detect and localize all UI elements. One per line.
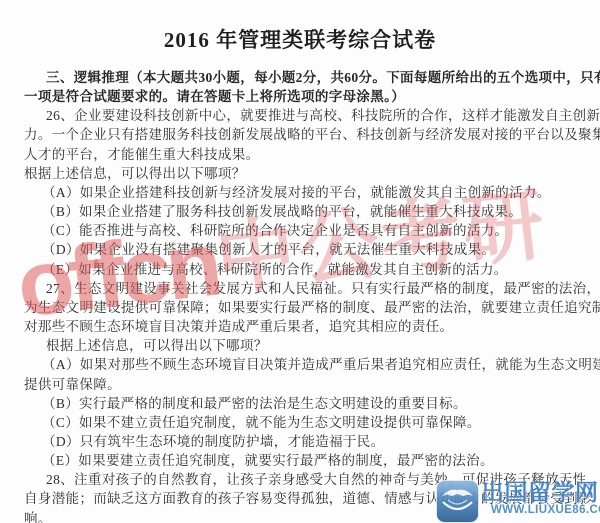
question-26-option-d: （D）如果企业没有搭建聚集创新人才的平台，就无法催生重大科技成果。	[24, 240, 584, 259]
question-26-option-e: （E）如果企业推进与高校、科研院所的合作，就能激发其自主创新的活力。	[24, 260, 584, 279]
page-title: 2016 年管理类联考综合试卷	[0, 24, 600, 54]
question-27-option-c: （C）如果不建立责任追究制度，就不能为生态文明建设提供可靠保障。	[24, 413, 584, 432]
question-26-option-b: （B）如果企业搭建了服务科技创新发展战略的平台，就能催生重大科技成果。	[24, 202, 584, 221]
exam-body: 三、逻辑推理（本大题共30小题，每小题2分，共60分。下面每题所给出的五个选项中…	[24, 68, 584, 523]
question-27-option-d: （D）只有筑牢生态环境的制度防护墙，才能造福于民。	[24, 432, 584, 451]
question-27-stem-line-3: 对那些不顾生态环境盲目决策并造成严重后果者，追究其相应的责任。	[24, 317, 584, 336]
question-26-option-c: （C）能否推进与高校、科研院所的合作决定企业是否具有自主创新的活力。	[24, 221, 584, 240]
question-27-option-a-line-1: （A）如果对那些不顾生态环境盲目决策并造成严重后果者追究相应责任，就能为生态文明…	[24, 355, 584, 374]
question-26-stem-line-3: 人才的平台，才能催生重大科技成果。	[24, 145, 584, 164]
section-header-line-2: 一项是符合试题要求的。请在答题卡上将所选项的字母涂黑。）	[24, 87, 584, 106]
question-27-option-a-line-2: 提供可靠保障。	[24, 375, 584, 394]
question-28-stem-line-3: 响。	[24, 509, 584, 523]
question-27-prompt: 根据上述信息，可以得出以下哪项？	[24, 336, 584, 355]
question-27-stem-line-2: 为生态文明建设提供可靠保障；如果要实行最严格的制度、最严密的法治，就要建立责任追…	[24, 298, 584, 317]
question-27-option-b: （B）实行最严格的制度和最严密的法治是生态文明建设的重要目标。	[24, 394, 584, 413]
exam-paper-page: 2016 年管理类联考综合试卷 三、逻辑推理（本大题共30小题，每小题2分，共6…	[0, 0, 600, 523]
question-27-stem-line-1: 27、生态文明建设事关社会发展方式和人民福祉。只有实行最严格的制度，最严密的法治…	[24, 279, 584, 298]
question-27-option-e: （E）如果要建立责任追究制度，就要实行最严格的制度，最严密的法治。	[24, 451, 584, 470]
question-26-prompt: 根据上述信息，可以得出以下哪项？	[24, 164, 584, 183]
question-26-stem-line-2: 力。一个企业只有搭建服务科技创新发展战略的平台、科技创新与经济发展对接的平台以及…	[24, 125, 584, 144]
section-header-line-1: 三、逻辑推理（本大题共30小题，每小题2分，共60分。下面每题所给出的五个选项中…	[24, 68, 584, 87]
question-26-option-a: （A）如果企业搭建科技创新与经济发展对接的平台，就能激发其自主创新的活力。	[24, 183, 584, 202]
question-28-stem-line-2: 自身潜能；而缺乏这方面教育的孩子容易变得孤独，道德、情感与认知能力的发展都会受到…	[24, 489, 584, 508]
question-26-stem-line-1: 26、企业要建设科技创新中心，就要推进与高校、科技院所的合作，这样才能激发自主创…	[24, 106, 584, 125]
question-28-stem-line-1: 28、注重对孩子的自然教育，让孩子亲身感受大自然的神奇与美妙，可促进孩子释放天性…	[24, 470, 584, 489]
